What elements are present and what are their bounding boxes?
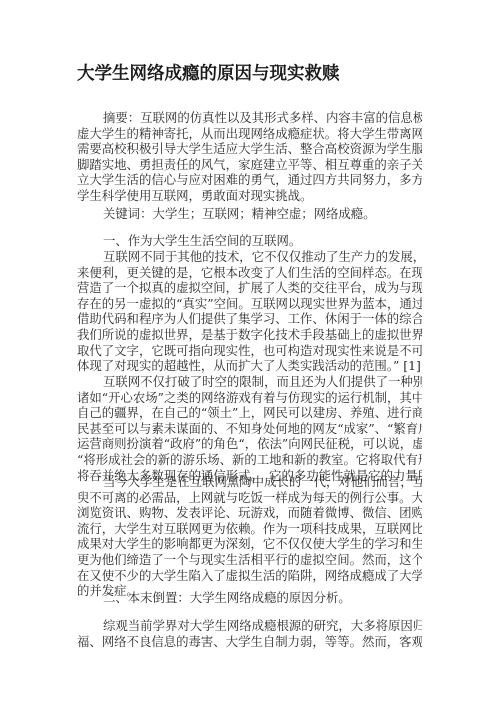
keywords-text: 关键词：大学生；互联网；精神空虚；网络成瘾。 (77, 206, 422, 222)
body-paragraph-2: 互联网不仅打破了时空的限制，而且还为人们提供了一种别样的生活体验。 诸如“开心农… (77, 374, 422, 483)
paragraph-line: 取代了文字，它既可指向现实性，也可构造对现实性来说是不可能的可能性， (77, 343, 422, 359)
body-paragraph-4: 综观当前学界对大学生网络成瘾根源的研究，大多将原因归结为家庭不幸 福、网络不良信… (77, 618, 422, 649)
paragraph-line: “将形成社会的新的游乐场、新的工地和新的教室。它将取代有形的货币。它 (77, 452, 422, 468)
paragraph-line: 浏览资讯、购物、发表评论、玩游戏，而随着微博、微信、团购等网络应用的 (77, 505, 422, 521)
section-heading-2-text: 二、本末倒置：大学生网络成瘾的原因分析。 (77, 590, 422, 606)
keywords-line: 关键词：大学生；互联网；精神空虚；网络成瘾。 (77, 206, 422, 222)
section-heading-2: 二、本末倒置：大学生网络成瘾的原因分析。 (77, 590, 422, 606)
body-paragraph-1: 互联网不同于其他的技术，它不仅仅推动了生产力的发展，为人类生活带 来便利，更关键… (77, 249, 422, 374)
paragraph-line: 互联网不仅打破了时空的限制，而且还为人们提供了一种别样的生活体验。 (77, 374, 422, 390)
paragraph-line: 诸如“开心农场”之类的网络游戏有着与仿现实的运行机制，其中每个网民有 (77, 390, 422, 406)
paragraph-line: 臾不可离的必需品，上网就与吃饭一样成为每天的例行公事。大学生每天上网 (77, 490, 422, 506)
paragraph-line: 自己的疆界，在自己的“领土”上，网民可以建房、养殖、进行商业活动，网 (77, 405, 422, 421)
paragraph-line: 借助代码和程序为人们提供了集学习、工作、休闲于一体的综合平台 “。现在 (77, 311, 422, 327)
paragraph-line: 营造了一个拟真的虚拟空间，扩展了人类的交往平台，成为与现实空间相平行 (77, 280, 422, 296)
paragraph-line: 流行，大学生对互联网更为依赖。作为一项科技成果，互联网比以往任何科技 (77, 521, 422, 537)
paragraph-line: 民甚至可以与素未谋面的、不知身处何地的网友“成家”、“繁育后代”，而 (77, 421, 422, 437)
paragraph-line: 在又使不少的大学生陷入了虚拟生活的陷阱，网络成瘾成了大学生应用互联网 (77, 568, 422, 584)
paragraph-line: 成果对大学生的影响都更为深刻，它不仅仅使大学生的学习和生活更加便利， (77, 536, 422, 552)
paragraph-line: 当今大学生是在互联网熏陶中成长的一代，对他们而言，互联网早已是须 (77, 474, 422, 490)
section-heading-1: 一、作为大学生生活空间的互联网。 (77, 233, 422, 249)
abstract-line: 学生科学使用互联网，勇敢面对现实挑战。 (77, 188, 422, 204)
document-title: 大学生网络成瘾的原因与现实救赎 (77, 60, 477, 85)
abstract-line: 需要高校积极引导大学生适应大学生活、整合高校资源为学生服务，社会营造 (77, 141, 422, 157)
paragraph-line: 我们所说的虚拟世界，是基于数字化技术手段基础上的虚拟世界，符号进一步 (77, 327, 422, 343)
paragraph-line: 互联网不同于其他的技术，它不仅仅推动了生产力的发展，为人类生活带 (77, 249, 422, 265)
abstract-line: 立大学生活的信心与应对困难的勇气，通过四方共同努力，多方发力，促使大 (77, 172, 422, 188)
abstract-paragraph: 摘要：互联网的仿真性以及其形式多样、内容丰富的信息极易成为精神空 虚大学生的精神… (77, 110, 422, 204)
abstract-line: 摘要：互联网的仿真性以及其形式多样、内容丰富的信息极易成为精神空 (77, 110, 422, 126)
paragraph-line: 运营商则扮演着“政府”的角色“，依法”向网民征税，可以说，虚拟世界 (77, 436, 422, 452)
section-heading-1-text: 一、作为大学生生活空间的互联网。 (77, 233, 422, 249)
paragraph-line: 综观当前学界对大学生网络成瘾根源的研究，大多将原因归结为家庭不幸 (77, 618, 422, 634)
paragraph-line: 体现了对现实的超越性，从而扩大了人类实践活动的范围。” [1] (77, 358, 422, 374)
body-paragraph-3: 当今大学生是在互联网熏陶中成长的一代，对他们而言，互联网早已是须 臾不可离的必需… (77, 474, 422, 599)
paragraph-line: 福、网络不良信息的毒害、大学生自制力弱，等等。然而，客观看来，将网瘾 (77, 634, 422, 650)
paragraph-line: 来便利，更关键的是，它根本改变了人们生活的空间样态。在现实空间之外， (77, 265, 422, 281)
paragraph-line: 存在的另一虚拟的“真实”空间。互联网以现实世界为蓝本，通过数字化方式， (77, 296, 422, 312)
abstract-line: 虚大学生的精神寄托，从而出现网络成瘾症状。将大学生带离网络成瘾泥潭， (77, 126, 422, 142)
abstract-line: 脚踏实地、勇担责任的风气，家庭建立平等、相互尊重的亲子关系，大学生树 (77, 157, 422, 173)
paragraph-line: 更为他们缔造了一个与现实生活相平行的虚拟空间。然而，这个虚拟空间的存 (77, 552, 422, 568)
